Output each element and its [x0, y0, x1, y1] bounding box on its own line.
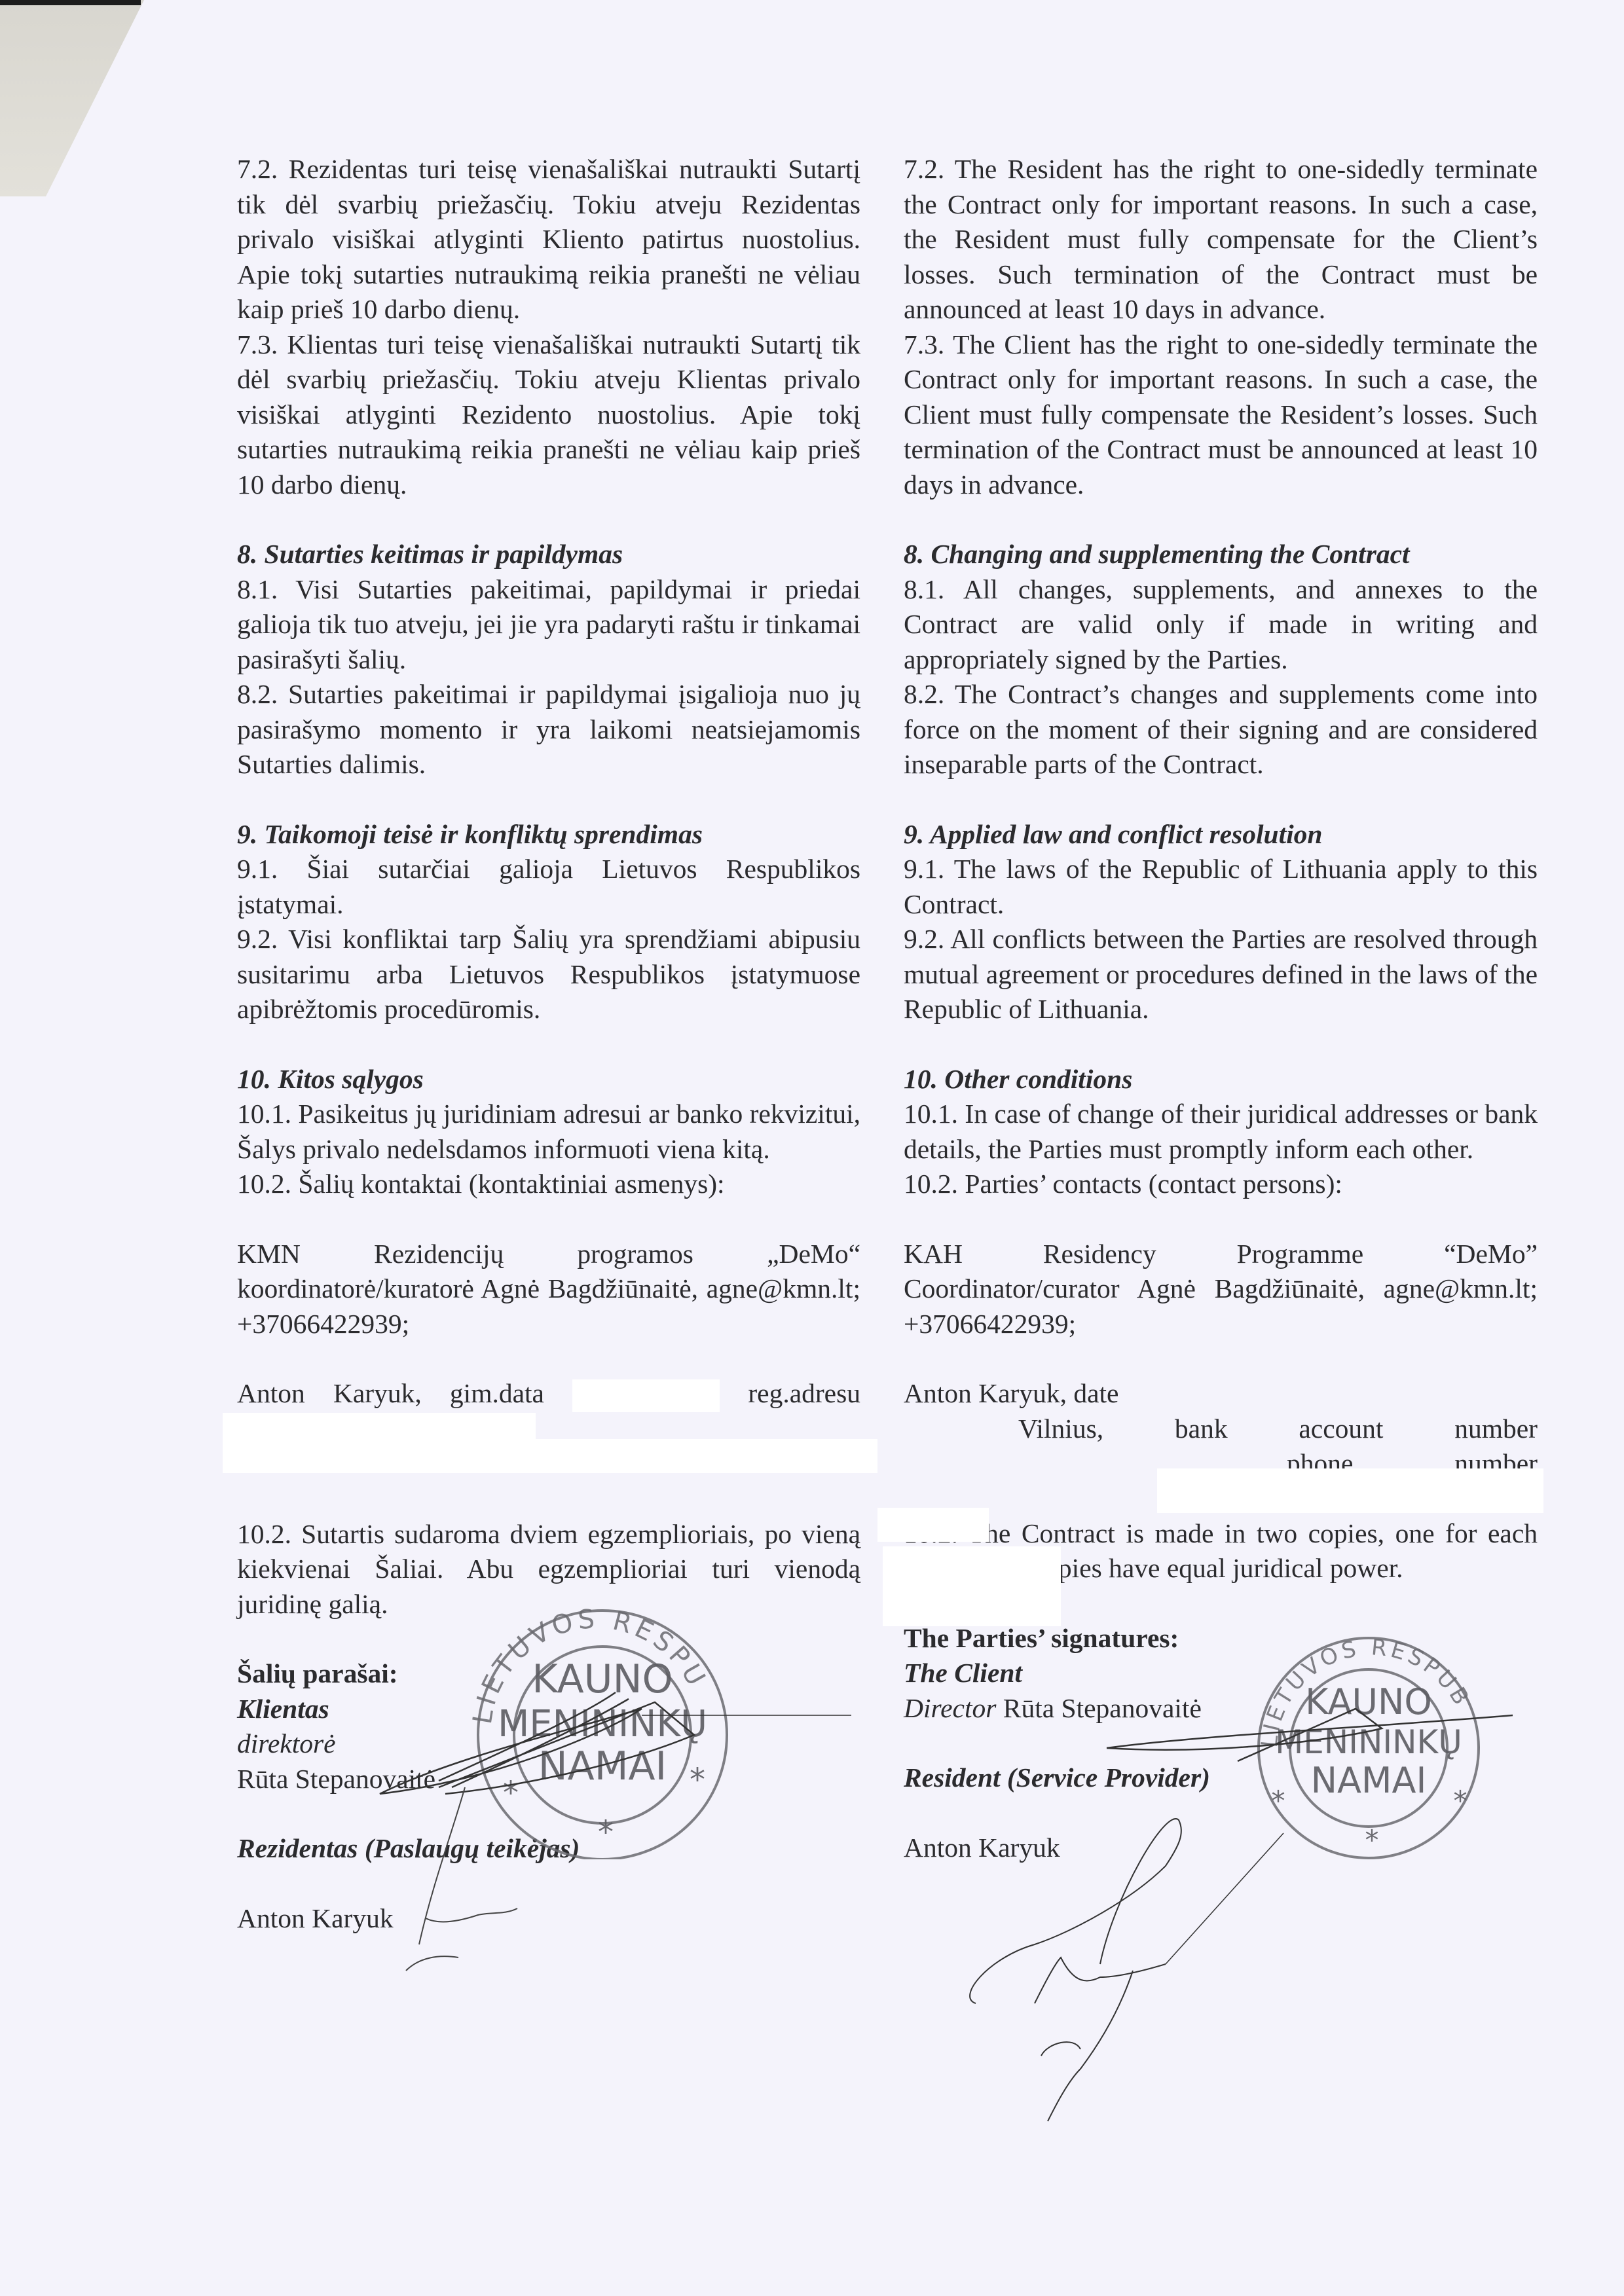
- resident-bank-label-en: Vilnius, bank account number: [1018, 1413, 1538, 1444]
- scanner-margin: [0, 0, 144, 196]
- resident-date-label: Anton Karyuk, date: [904, 1378, 1118, 1408]
- contact-kah-en: KAH Residency Programme “DeMo” Coordinat…: [904, 1237, 1538, 1342]
- client-name-lt: Rūta Stepanovaitė: [237, 1762, 860, 1797]
- redacted-date-en: [1157, 1468, 1543, 1513]
- section-9-heading-en: 9. Applied law and conflict resolution: [904, 817, 1538, 852]
- resident-details-en-line2: Vilnius, bank account number: [904, 1412, 1538, 1447]
- clause-8-2-lt: 8.2. Sutarties pakeitimai ir papildymai …: [237, 677, 860, 782]
- clause-9-2-lt: 9.2. Visi konfliktai tarp Šalių yra spre…: [237, 922, 860, 1027]
- section-10-heading-en: 10. Other conditions: [904, 1062, 1538, 1097]
- redacted-address: [223, 1413, 536, 1439]
- client-name-en: Rūta Stepanovaitė: [1003, 1693, 1202, 1723]
- resident-label-lt: Rezidentas (Paslaugų teikėjas): [237, 1831, 860, 1867]
- clause-7-2-lt: 7.2. Rezidentas turi teisę vienašališkai…: [237, 152, 860, 327]
- client-label-en: The Client: [904, 1656, 1538, 1691]
- resident-address-label: reg.adresu: [748, 1378, 860, 1408]
- scanner-edge: [0, 0, 141, 5]
- resident-details-lt: Anton Karyuk, gim.data reg.adresu: [237, 1376, 860, 1412]
- client-line-en: Director Rūta Stepanovaitė: [904, 1691, 1538, 1726]
- resident-details-en: Anton Karyuk, date: [904, 1376, 1538, 1412]
- resident-label-en: Resident (Service Provider): [904, 1760, 1538, 1796]
- contact-kmn-lt: KMN Rezidencijų programos „DeMo“ koordin…: [237, 1237, 860, 1342]
- redacted-birthdate: [572, 1379, 720, 1412]
- clause-7-2-en: 7.2. The Resident has the right to one-s…: [904, 152, 1538, 327]
- lithuanian-column: 7.2. Rezidentas turi teisę vienašališkai…: [237, 152, 860, 1936]
- clause-9-1-en: 9.1. The laws of the Republic of Lithuan…: [904, 852, 1538, 922]
- redacted-account-phone-en: [883, 1546, 1061, 1626]
- section-10-heading-lt: 10. Kitos sąlygos: [237, 1062, 860, 1097]
- clause-9-1-lt: 9.1. Šiai sutarčiai galioja Lietuvos Res…: [237, 852, 860, 922]
- section-8-heading-lt: 8. Sutarties keitimas ir papildymas: [237, 537, 860, 572]
- clause-7-3-lt: 7.3. Klientas turi teisę vienašališkai n…: [237, 327, 860, 503]
- resident-name-en: Anton Karyuk: [904, 1831, 1538, 1866]
- resident-details-label: Anton Karyuk, gim.data: [237, 1378, 544, 1408]
- redacted-bank-account: [223, 1439, 877, 1473]
- clause-8-1-lt: 8.1. Visi Sutarties pakeitimai, papildym…: [237, 572, 860, 678]
- clause-9-2-en: 9.2. All conflicts between the Parties a…: [904, 922, 1538, 1027]
- clause-10-1-lt: 10.1. Pasikeitus jų juridiniam adresui a…: [237, 1097, 860, 1167]
- resident-name-lt: Anton Karyuk: [237, 1901, 860, 1937]
- section-8-heading-en: 8. Changing and supplementing the Contra…: [904, 537, 1538, 572]
- clause-8-2-en: 8.2. The Contract’s changes and suppleme…: [904, 677, 1538, 782]
- client-role-lt: direktorė: [237, 1726, 860, 1762]
- clause-10-2b-lt: 10.2. Sutartis sudaroma dviem egzemplior…: [237, 1517, 860, 1622]
- redacted-address-en: [877, 1508, 989, 1542]
- clause-7-3-en: 7.3. The Client has the right to one-sid…: [904, 327, 1538, 503]
- section-9-heading-lt: 9. Taikomoji teisė ir konfliktų sprendim…: [237, 817, 860, 852]
- client-role-en: Director: [904, 1693, 996, 1723]
- clause-10-1-en: 10.1. In case of change of their juridic…: [904, 1097, 1538, 1167]
- signatures-title-lt: Šalių parašai:: [237, 1656, 860, 1692]
- clause-10-2-lt: 10.2. Šalių kontaktai (kontaktiniai asme…: [237, 1167, 860, 1202]
- clause-8-1-en: 8.1. All changes, supplements, and annex…: [904, 572, 1538, 678]
- clause-10-2-en: 10.2. Parties’ contacts (contact persons…: [904, 1167, 1538, 1202]
- client-label-lt: Klientas: [237, 1692, 860, 1727]
